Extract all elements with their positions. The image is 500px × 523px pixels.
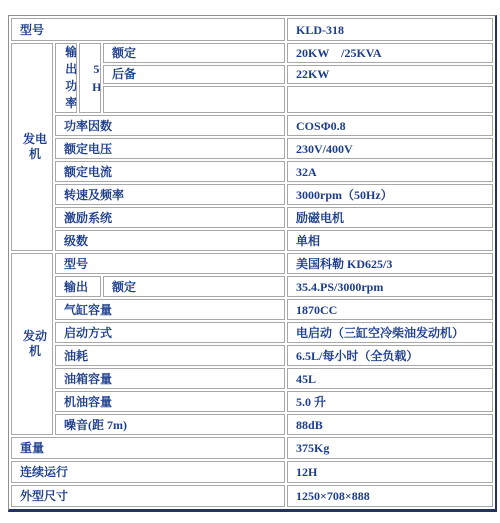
standby-label-cell: 后备 xyxy=(103,65,285,85)
frequency-label: 50 Hz xyxy=(88,60,101,96)
row-rated-voltage: 额定电压 230V/400V xyxy=(11,138,493,159)
starting-method-label-cell: 启动方式 xyxy=(55,322,285,343)
row-excitation: 激励系统 励磁电机 xyxy=(11,207,493,228)
cylinder-capacity-label-cell: 气缸容量 xyxy=(55,299,285,320)
row-continuous-run: 连续运行 12H xyxy=(11,461,493,483)
engine-model-value-cell: 美国科勒 KD625/3 xyxy=(287,253,493,274)
engine-group-label: 发动机 xyxy=(22,329,48,359)
weight-label-cell: 重量 xyxy=(11,437,285,459)
row-noise: 噪音(距 7m) 88dB xyxy=(11,414,493,435)
noise-label-cell: 噪音(距 7m) xyxy=(55,414,285,435)
speed-frequency-value-cell: 3000rpm（50Hz） xyxy=(287,184,493,205)
phase-value-cell: 单相 xyxy=(287,230,493,251)
row-weight: 重量 375Kg xyxy=(11,437,493,459)
empty-label-cell xyxy=(103,86,285,113)
fuel-consumption-value-cell: 6.5L/每小时（全负载） xyxy=(287,345,493,366)
standby-value-cell: 22KW xyxy=(287,65,493,85)
rated-current-label-cell: 额定电流 xyxy=(55,161,285,182)
fuel-tank-value-cell: 45L xyxy=(287,368,493,389)
continuous-run-value-cell: 12H xyxy=(287,461,493,483)
frequency-cell: 50 Hz xyxy=(79,43,101,113)
row-oil-capacity: 机油容量 5.0 升 xyxy=(11,391,493,412)
engine-model-label-cell: 型号 xyxy=(55,253,285,274)
rated-voltage-label-cell: 额定电压 xyxy=(55,138,285,159)
power-factor-value-cell: COSΦ0.8 xyxy=(287,115,493,136)
row-cylinder-capacity: 气缸容量 1870CC xyxy=(11,299,493,320)
spec-table-frame: 型号 KLD-318 发电机 输出功率 50 Hz 额定 20KW /25KVA… xyxy=(8,15,497,512)
model-value-cell: KLD-318 xyxy=(287,18,493,41)
dimensions-value-cell: 1250×708×888 xyxy=(287,485,493,507)
noise-value-cell: 88dB xyxy=(287,414,493,435)
output-power-cell: 输出功率 xyxy=(55,43,77,113)
row-rated-current: 额定电流 32A xyxy=(11,161,493,182)
continuous-run-label-cell: 连续运行 xyxy=(11,461,285,483)
fuel-tank-label-cell: 油箱容量 xyxy=(55,368,285,389)
engine-output-label-cell: 输出 xyxy=(55,276,101,297)
row-starting-method: 启动方式 电启动（三缸空冷柴油发动机） xyxy=(11,322,493,343)
engine-output-rated-label-cell: 额定 xyxy=(103,276,285,297)
model-label-cell: 型号 xyxy=(11,18,285,41)
row-power-factor: 功率因数 COSΦ0.8 xyxy=(11,115,493,136)
power-factor-label-cell: 功率因数 xyxy=(55,115,285,136)
phase-label-cell: 级数 xyxy=(55,230,285,251)
empty-value-cell xyxy=(287,86,493,113)
row-dimensions: 外型尺寸 1250×708×888 xyxy=(11,485,493,507)
output-power-label: 输出功率 xyxy=(64,44,77,112)
excitation-label-cell: 激励系统 xyxy=(55,207,285,228)
row-fuel-consumption: 油耗 6.5L/每小时（全负载） xyxy=(11,345,493,366)
generator-group-label: 发电机 xyxy=(22,132,48,162)
row-output-rated: 发电机 输出功率 50 Hz 额定 20KW /25KVA xyxy=(11,43,493,63)
dimensions-label-cell: 外型尺寸 xyxy=(11,485,285,507)
rated-voltage-value-cell: 230V/400V xyxy=(287,138,493,159)
oil-capacity-value-cell: 5.0 升 xyxy=(287,391,493,412)
row-engine-model: 发动机 型号 美国科勒 KD625/3 xyxy=(11,253,493,274)
oil-capacity-label-cell: 机油容量 xyxy=(55,391,285,412)
fuel-consumption-label-cell: 油耗 xyxy=(55,345,285,366)
cylinder-capacity-value-cell: 1870CC xyxy=(287,299,493,320)
spec-table: 型号 KLD-318 发电机 输出功率 50 Hz 额定 20KW /25KVA… xyxy=(9,16,495,509)
rated-current-value-cell: 32A xyxy=(287,161,493,182)
engine-output-value-cell: 35.4.PS/3000rpm xyxy=(287,276,493,297)
generator-group-cell: 发电机 xyxy=(11,43,53,251)
weight-value-cell: 375Kg xyxy=(287,437,493,459)
row-engine-output: 输出 额定 35.4.PS/3000rpm xyxy=(11,276,493,297)
row-speed-frequency: 转速及频率 3000rpm（50Hz） xyxy=(11,184,493,205)
excitation-value-cell: 励磁电机 xyxy=(287,207,493,228)
speed-frequency-label-cell: 转速及频率 xyxy=(55,184,285,205)
row-model: 型号 KLD-318 xyxy=(11,18,493,41)
rated-label-cell: 额定 xyxy=(103,43,285,63)
rated-value-cell: 20KW /25KVA xyxy=(287,43,493,63)
spec-sheet-page: 型号 KLD-318 发电机 输出功率 50 Hz 额定 20KW /25KVA… xyxy=(0,0,500,523)
row-phase: 级数 单相 xyxy=(11,230,493,251)
engine-group-cell: 发动机 xyxy=(11,253,53,435)
row-fuel-tank: 油箱容量 45L xyxy=(11,368,493,389)
starting-method-value-cell: 电启动（三缸空冷柴油发动机） xyxy=(287,322,493,343)
